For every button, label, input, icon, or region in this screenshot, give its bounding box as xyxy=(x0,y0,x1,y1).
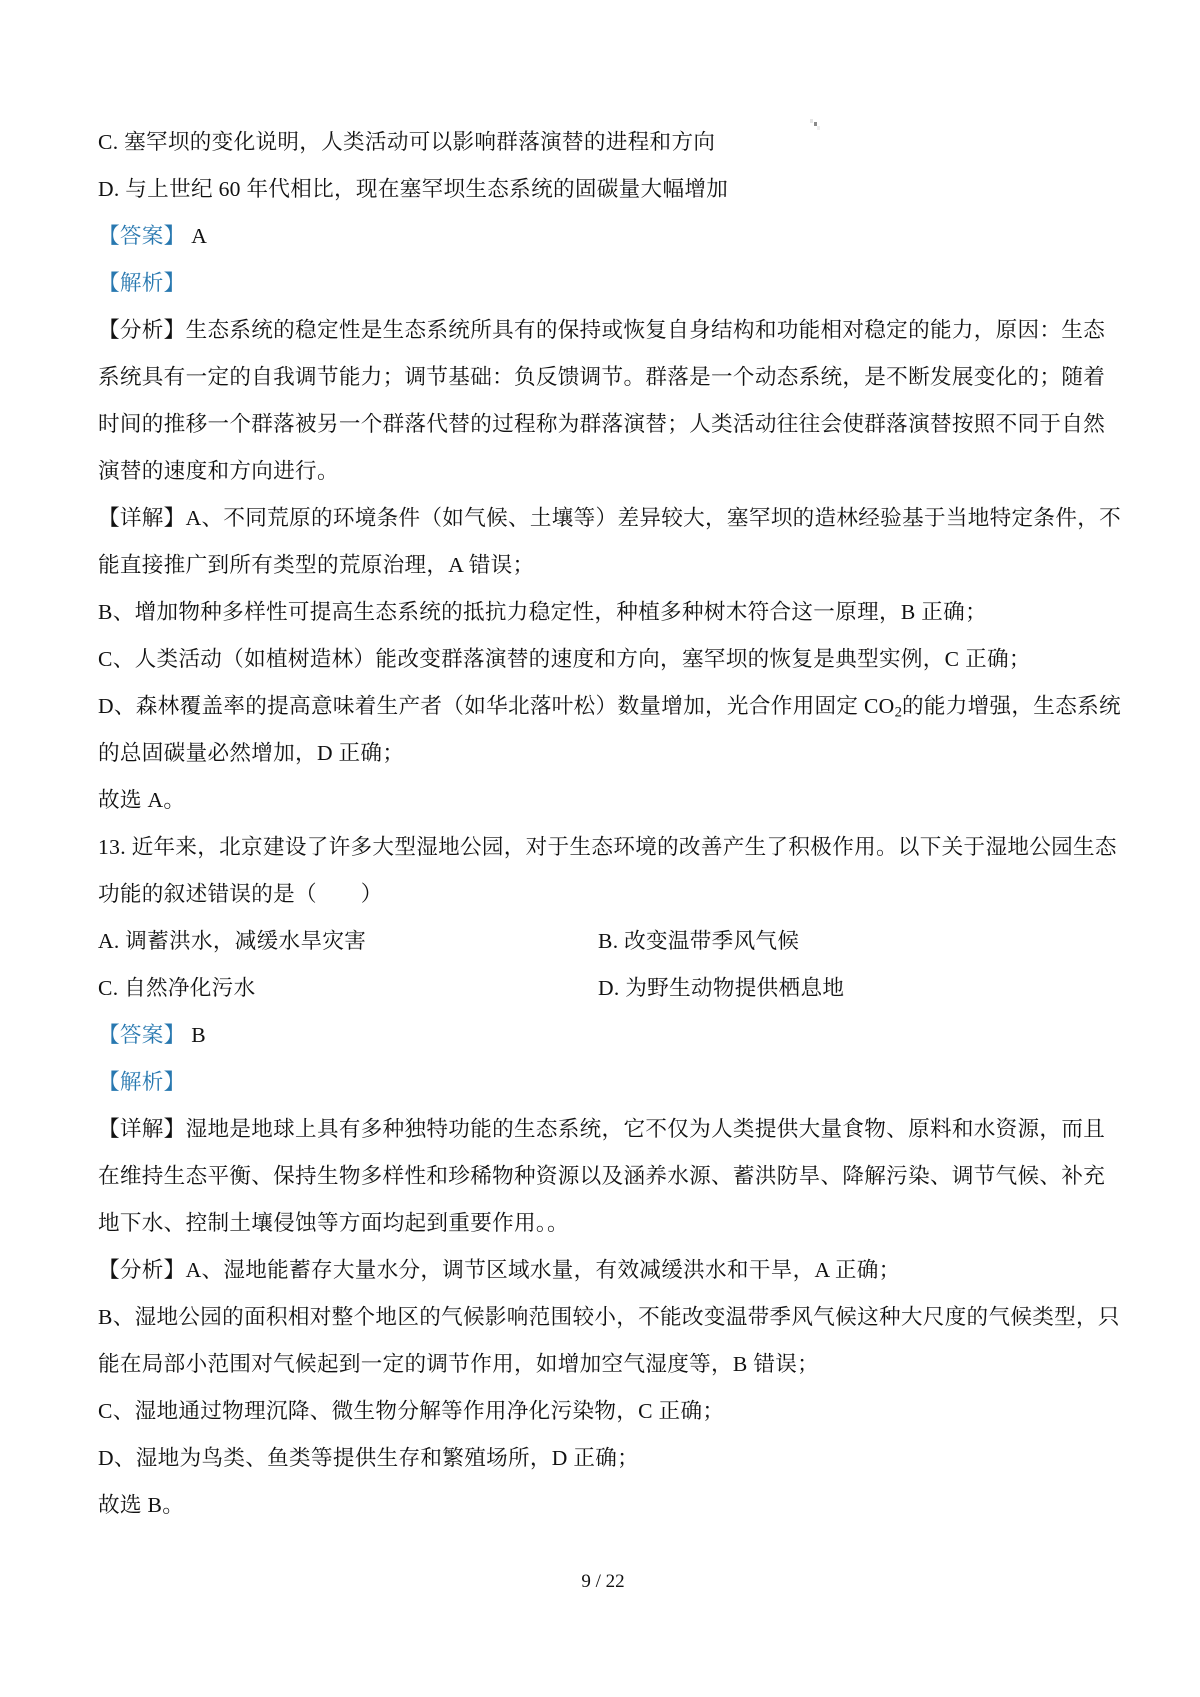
label-segment: 【解析】 xyxy=(98,1070,186,1094)
text-line: 【详解】A、不同荒原的环境条件（如气候、土壤等）差异较大，塞罕坝的造林经验基于当… xyxy=(98,505,1108,531)
text-line: D、森林覆盖率的提高意味着生产者（如华北落叶松）数量增加，光合作用固定 CO2的… xyxy=(98,693,1108,726)
text-line: 故选 A。 xyxy=(98,787,1108,813)
text-line: 【答案】 A xyxy=(98,223,1108,249)
text-segment: B、增加物种多样性可提高生态系统的抵抗力稳定性，种植多种树木符合这一原理，B 正… xyxy=(98,600,987,624)
text-segment: C. 塞罕坝的变化说明，人类活动可以影响群落演替的进程和方向 xyxy=(98,130,715,154)
text-line: 故选 B。 xyxy=(98,1492,1108,1518)
text-segment: 功能的叙述错误的是（ ） xyxy=(98,882,383,906)
text-segment: A xyxy=(186,224,208,248)
text-segment: 地下水、控制土壤侵蚀等方面均起到重要作用。。 xyxy=(98,1211,569,1235)
text-segment: D. 为野生动物提供栖息地 xyxy=(598,975,844,1001)
text-segment: 故选 A。 xyxy=(98,788,185,812)
text-segment: B、湿地公园的面积相对整个地区的气候影响范围较小，不能改变温带季风气候这种大尺度… xyxy=(98,1305,1120,1329)
text-line: 能直接推广到所有类型的荒原治理，A 错误； xyxy=(98,552,1108,578)
text-segment: D. 与上世纪 60 年代相比，现在塞罕坝生态系统的固碳量大幅增加 xyxy=(98,177,728,201)
text-segment: B xyxy=(186,1023,206,1047)
text-segment: D、森林覆盖率的提高意味着生产者（如华北落叶松）数量增加，光合作用固定 CO xyxy=(98,694,895,718)
text-line: 13. 近年来，北京建设了许多大型湿地公园，对于生态环境的改善产生了积极作用。以… xyxy=(98,834,1108,860)
text-line: 【解析】 xyxy=(98,270,1108,296)
text-segment: 故选 B。 xyxy=(98,1493,184,1517)
text-segment: C. 自然净化污水 xyxy=(98,976,255,1000)
text-segment: 在维持生态平衡、保持生物多样性和珍稀物种资源以及涵养水源、蓄洪防旱、降解污染、调… xyxy=(98,1164,1105,1188)
text-segment: 的总固碳量必然增加，D 正确； xyxy=(98,741,404,765)
text-line: 【详解】湿地是地球上具有多种独特功能的生态系统，它不仅为人类提供大量食物、原料和… xyxy=(98,1116,1108,1142)
text-segment: 时间的推移一个群落被另一个群落代替的过程称为群落演替；人类活动往往会使群落演替按… xyxy=(98,412,1105,436)
text-line: 系统具有一定的自我调节能力；调节基础：负反馈调节。群落是一个动态系统，是不断发展… xyxy=(98,364,1108,390)
text-line: 【分析】生态系统的稳定性是生态系统所具有的保持或恢复自身结构和功能相对稳定的能力… xyxy=(98,317,1108,343)
text-line: 在维持生态平衡、保持生物多样性和珍稀物种资源以及涵养水源、蓄洪防旱、降解污染、调… xyxy=(98,1163,1108,1189)
label-segment: 【解析】 xyxy=(98,271,186,295)
text-segment: 能在局部小范围对气候起到一定的调节作用，如增加空气湿度等，B 错误； xyxy=(98,1352,819,1376)
text-segment: 【分析】生态系统的稳定性是生态系统所具有的保持或恢复自身结构和功能相对稳定的能力… xyxy=(98,318,1105,342)
label-segment: 【答案】 xyxy=(98,224,186,248)
text-line: C、人类活动（如植树造林）能改变群落演替的速度和方向，塞罕坝的恢复是典型实例，C… xyxy=(98,646,1108,672)
label-segment: 【答案】 xyxy=(98,1023,186,1047)
text-segment: 【详解】湿地是地球上具有多种独特功能的生态系统，它不仅为人类提供大量食物、原料和… xyxy=(98,1117,1105,1141)
text-line: 演替的速度和方向进行。 xyxy=(98,458,1108,484)
text-segment: C、人类活动（如植树造林）能改变群落演替的速度和方向，塞罕坝的恢复是典型实例，C… xyxy=(98,647,1031,671)
text-line: 能在局部小范围对气候起到一定的调节作用，如增加空气湿度等，B 错误； xyxy=(98,1351,1108,1377)
text-segment: 的能力增强，生态系统 xyxy=(902,694,1121,718)
document-page: C. 塞罕坝的变化说明，人类活动可以影响群落演替的进程和方向D. 与上世纪 60… xyxy=(0,0,1200,1697)
text-segment: 能直接推广到所有类型的荒原治理，A 错误； xyxy=(98,553,534,577)
text-line: 的总固碳量必然增加，D 正确； xyxy=(98,740,1108,766)
text-segment: B. 改变温带季风气候 xyxy=(598,928,799,954)
text-line: 地下水、控制土壤侵蚀等方面均起到重要作用。。 xyxy=(98,1210,1108,1236)
text-line: 【答案】 B xyxy=(98,1022,1108,1048)
text-line: C. 塞罕坝的变化说明，人类活动可以影响群落演替的进程和方向 xyxy=(98,129,1108,155)
text-segment: 13. 近年来，北京建设了许多大型湿地公园，对于生态环境的改善产生了积极作用。以… xyxy=(98,835,1117,859)
text-line: 【解析】 xyxy=(98,1069,1108,1095)
text-segment: C、湿地通过物理沉降、微生物分解等作用净化污染物，C 正确； xyxy=(98,1399,724,1423)
text-segment: A. 调蓄洪水，减缓水旱灾害 xyxy=(98,929,366,953)
text-segment: 2 xyxy=(895,705,902,721)
text-line: B、增加物种多样性可提高生态系统的抵抗力稳定性，种植多种树木符合这一原理，B 正… xyxy=(98,599,1108,625)
text-line: C. 自然净化污水D. 为野生动物提供栖息地 xyxy=(98,975,1108,1001)
text-segment: 系统具有一定的自我调节能力；调节基础：负反馈调节。群落是一个动态系统，是不断发展… xyxy=(98,365,1105,389)
text-line: D. 与上世纪 60 年代相比，现在塞罕坝生态系统的固碳量大幅增加 xyxy=(98,176,1108,202)
text-line: 功能的叙述错误的是（ ） xyxy=(98,881,1108,907)
text-line: C、湿地通过物理沉降、微生物分解等作用净化污染物，C 正确； xyxy=(98,1398,1108,1424)
text-line: 【分析】A、湿地能蓄存大量水分，调节区域水量，有效减缓洪水和干旱，A 正确； xyxy=(98,1257,1108,1283)
text-segment: 【详解】A、不同荒原的环境条件（如气候、土壤等）差异较大，塞罕坝的造林经验基于当… xyxy=(98,506,1121,530)
text-segment: 【分析】A、湿地能蓄存大量水分，调节区域水量，有效减缓洪水和干旱，A 正确； xyxy=(98,1258,901,1282)
text-line: A. 调蓄洪水，减缓水旱灾害B. 改变温带季风气候 xyxy=(98,928,1108,954)
page-number: 9 / 22 xyxy=(98,1570,1108,1594)
text-line: D、湿地为鸟类、鱼类等提供生存和繁殖场所，D 正确； xyxy=(98,1445,1108,1471)
stray-mark xyxy=(814,122,817,126)
text-line: 时间的推移一个群落被另一个群落代替的过程称为群落演替；人类活动往往会使群落演替按… xyxy=(98,411,1108,437)
text-segment: 演替的速度和方向进行。 xyxy=(98,459,339,483)
text-line: B、湿地公园的面积相对整个地区的气候影响范围较小，不能改变温带季风气候这种大尺度… xyxy=(98,1304,1108,1330)
text-segment: D、湿地为鸟类、鱼类等提供生存和繁殖场所，D 正确； xyxy=(98,1446,639,1470)
